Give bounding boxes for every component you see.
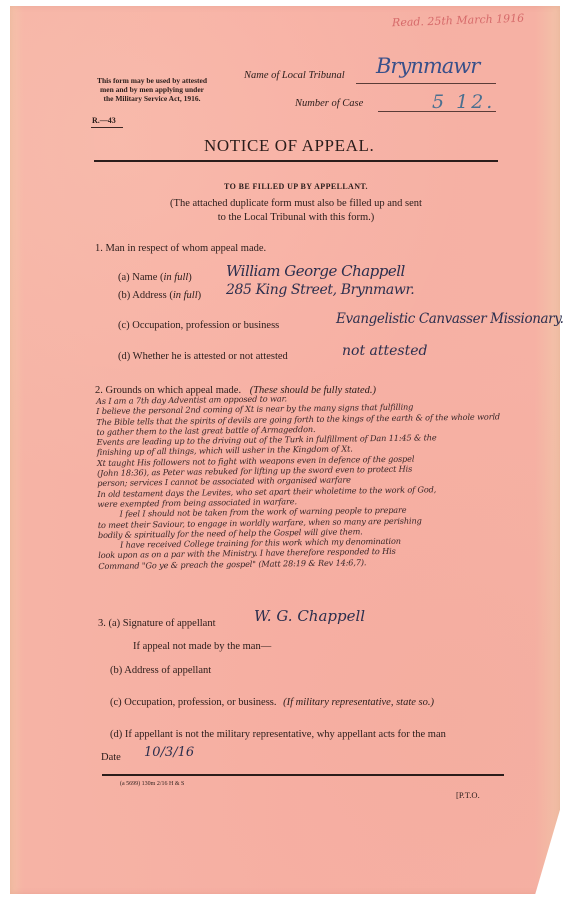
form-code-underline (91, 127, 123, 128)
grounds-handwritten-text[interactable]: As I am a 7th day Adventist am opposed t… (96, 390, 558, 571)
page-title: NOTICE OF APPEAL. (204, 136, 374, 156)
date-value[interactable]: 10/3/16 (144, 745, 194, 760)
signature-value[interactable]: W. G. Chappell (254, 607, 365, 625)
attested-label: (d) Whether he is attested or not attest… (118, 351, 288, 362)
attested-notice-line: the Military Service Act, 1916. (92, 94, 212, 103)
signature-label: 3. (a) Signature of appellant (98, 618, 216, 629)
date-label: Date (101, 752, 121, 763)
name-label-ital: in full (163, 272, 188, 283)
tribunal-value[interactable]: Brynmawr (376, 54, 479, 78)
attested-notice-line: This form may be used by attested (92, 76, 212, 85)
instruction-line: to the Local Tribunal with this form.) (94, 211, 498, 225)
address-value[interactable]: 285 King Street, Brynmawr. (226, 282, 414, 298)
case-label: Number of Case (295, 98, 363, 109)
name-label-text: (a) Name ( (118, 272, 163, 283)
pto-note: [P.T.O. (456, 790, 480, 800)
address-label-text: (b) Address ( (118, 290, 173, 301)
printer-imprint: (a 5699) 130m 2/16 H & S (120, 781, 184, 787)
form-code: R.—43 (92, 116, 116, 125)
attested-notice: This form may be used by attested men an… (92, 76, 212, 103)
subtitle: TO BE FILLED UP BY APPELLANT. (94, 182, 498, 191)
name-value[interactable]: William George Chappell (226, 262, 405, 280)
appellant-address-label: (b) Address of appellant (110, 665, 211, 676)
case-value[interactable]: 5 12. (432, 91, 495, 113)
instruction-line: (The attached duplicate form must also b… (94, 197, 498, 211)
why-appellant-label: (d) If appellant is not the military rep… (110, 729, 446, 740)
appellant-occupation-note: (If military representative, state so.) (283, 697, 434, 708)
footer-rule (102, 774, 504, 776)
occupation-value[interactable]: Evangelistic Canvasser Missionary. (336, 311, 564, 327)
appellant-occupation-label: (c) Occupation, profession, or business.… (110, 697, 434, 708)
attested-value[interactable]: not attested (342, 343, 427, 359)
attested-notice-line: men and by men applying under (92, 85, 212, 94)
tribunal-line (356, 83, 496, 84)
appellant-occupation-text: (c) Occupation, profession, or business. (110, 697, 277, 708)
name-label: (a) Name (in full) (118, 272, 192, 283)
title-rule (94, 160, 498, 162)
occupation-label: (c) Occupation, profession or business (118, 320, 279, 331)
address-label: (b) Address (in full) (118, 290, 201, 301)
section1-heading: 1. Man in respect of whom appeal made. (95, 243, 266, 254)
instruction-text: (The attached duplicate form must also b… (94, 197, 498, 225)
address-label-ital: in full (173, 290, 198, 301)
if-not-man-note: If appeal not made by the man— (133, 641, 271, 652)
tribunal-label: Name of Local Tribunal (244, 70, 345, 81)
